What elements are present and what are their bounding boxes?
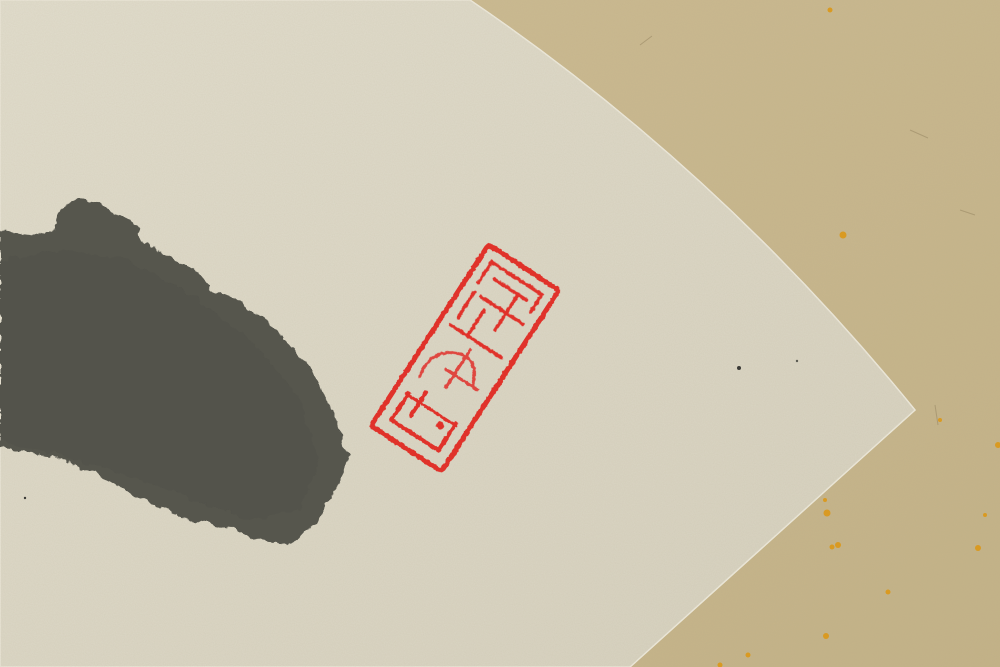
painting-photo <box>0 0 1000 667</box>
ink-speck <box>737 366 741 370</box>
